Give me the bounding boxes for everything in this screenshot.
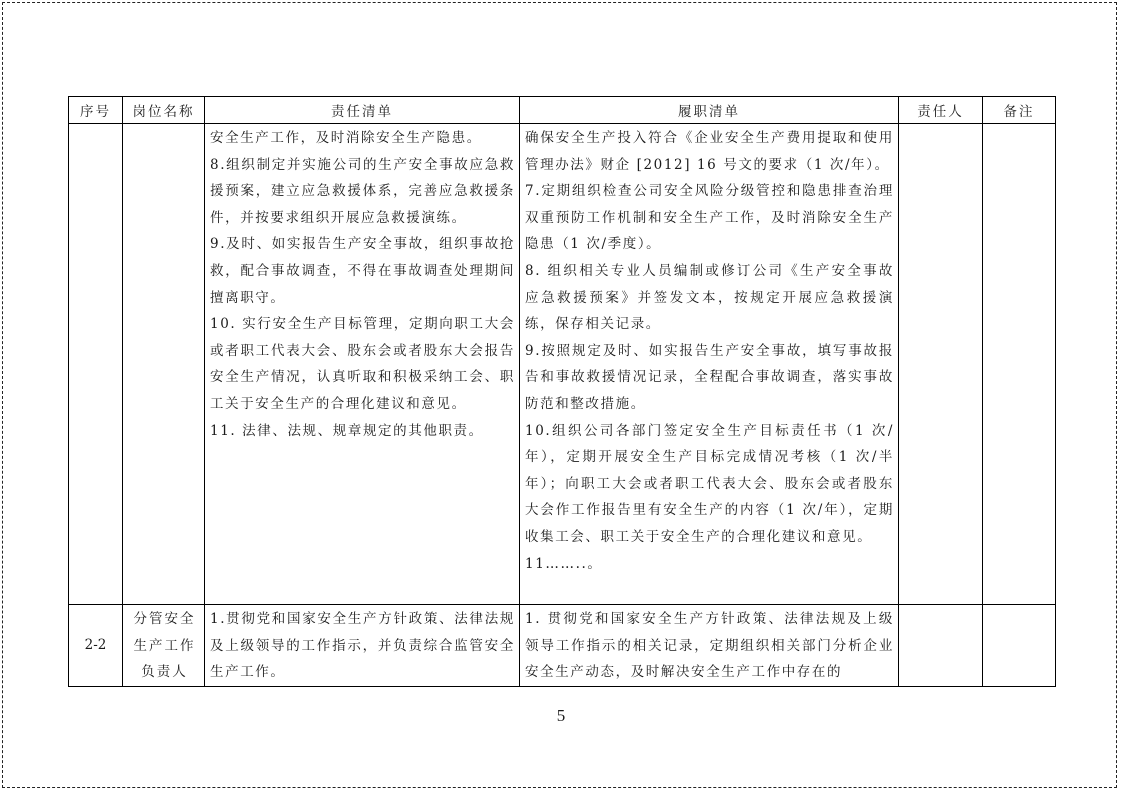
table-header-row: 序号 岗位名称 责任清单 履职清单 责任人 备注 bbox=[69, 97, 1056, 124]
cell-duties: 确保安全生产投入符合《企业安全生产费用提取和使用管理办法》财企 [2012] 1… bbox=[520, 124, 899, 605]
cell-responsibilities: 安全生产工作，及时消除安全生产隐患。 8.组织制定并实施公司的生产安全事故应急救… bbox=[205, 124, 520, 605]
duty-item: 8. 组织相关专业人员编制或修订公司《生产安全事故应急救援预案》并签发文本，按规… bbox=[525, 258, 894, 338]
table-row: 安全生产工作，及时消除安全生产隐患。 8.组织制定并实施公司的生产安全事故应急救… bbox=[69, 124, 1056, 605]
cell-seq bbox=[69, 124, 123, 605]
duty-item: 1. 贯彻党和国家安全生产方针政策、法律法规及上级领导工作指示的相关记录，定期组… bbox=[525, 606, 894, 686]
cell-position bbox=[123, 124, 205, 605]
table-row: 2-2 分管安全生产工作负责人 1.贯彻党和国家安全生产方针政策、法律法规及上级… bbox=[69, 605, 1056, 687]
duty-item: 11……..。 bbox=[525, 551, 894, 578]
duty-item: 确保安全生产投入符合《企业安全生产费用提取和使用管理办法》财企 [2012] 1… bbox=[525, 125, 894, 178]
duty-item: 9.按照规定及时、如实报告生产安全事故，填写事故报告和事故救援情况记录，全程配合… bbox=[525, 338, 894, 418]
cell-responsibilities: 1.贯彻党和国家安全生产方针政策、法律法规及上级领导的工作指示，并负责综合监管安… bbox=[205, 605, 520, 687]
cell-remarks bbox=[983, 605, 1056, 687]
page-number: 5 bbox=[0, 706, 1122, 726]
header-seq: 序号 bbox=[69, 97, 123, 124]
cell-position: 分管安全生产工作负责人 bbox=[123, 605, 205, 687]
responsibility-item: 9.及时、如实报告生产安全事故，组织事故抢救，配合事故调查，不得在事故调查处理期… bbox=[210, 231, 515, 311]
responsibility-table: 序号 岗位名称 责任清单 履职清单 责任人 备注 安全生产工作，及时消除安全生产… bbox=[68, 96, 1056, 687]
cell-person bbox=[899, 124, 983, 605]
responsibility-item: 8.组织制定并实施公司的生产安全事故应急救援预案，建立应急救援体系，完善应急救援… bbox=[210, 152, 515, 232]
header-duties: 履职清单 bbox=[520, 97, 899, 124]
header-remarks: 备注 bbox=[983, 97, 1056, 124]
cell-seq: 2-2 bbox=[69, 605, 123, 687]
responsibility-item: 11. 法律、法规、规章规定的其他职责。 bbox=[210, 418, 515, 445]
header-responsibilities: 责任清单 bbox=[205, 97, 520, 124]
duty-item: 7.定期组织检查公司安全风险分级管控和隐患排查治理双重预防工作机制和安全生产工作… bbox=[525, 178, 894, 258]
header-position: 岗位名称 bbox=[123, 97, 205, 124]
cell-person bbox=[899, 605, 983, 687]
responsibility-item: 安全生产工作，及时消除安全生产隐患。 bbox=[210, 125, 515, 152]
responsibility-item: 1.贯彻党和国家安全生产方针政策、法律法规及上级领导的工作指示，并负责综合监管安… bbox=[210, 606, 515, 686]
cell-duties: 1. 贯彻党和国家安全生产方针政策、法律法规及上级领导工作指示的相关记录，定期组… bbox=[520, 605, 899, 687]
duty-item: 10.组织公司各部门签定安全生产目标责任书（1 次/年），定期开展安全生产目标完… bbox=[525, 418, 894, 551]
cell-remarks bbox=[983, 124, 1056, 605]
responsibility-item: 10. 实行安全生产目标管理，定期向职工大会或者职工代表大会、股东会或者股东大会… bbox=[210, 311, 515, 417]
header-person: 责任人 bbox=[899, 97, 983, 124]
